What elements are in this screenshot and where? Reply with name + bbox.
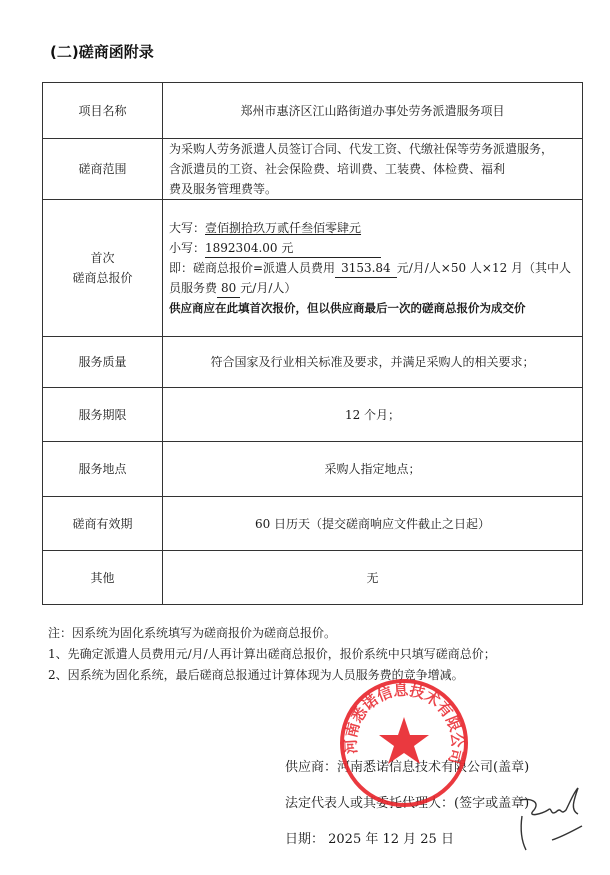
table-row: 磋商范围 为采购人劳务派遣人员签订合同、代发工资、代缴社保等劳务派遣服务， 含派…	[43, 139, 583, 200]
company-seal-icon: 河南悉诺信息技术有限公司	[338, 677, 470, 809]
project-name-value: 郑州市惠济区江山路街道办事处劳务派遣服务项目	[163, 83, 583, 139]
row-label: 磋商范围	[43, 139, 163, 200]
scope-line: 费及服务管理费等。	[169, 179, 578, 199]
row-label: 服务地点	[43, 442, 163, 497]
table-row: 服务期限 12 个月；	[43, 388, 583, 442]
service-location-value: 采购人指定地点；	[163, 442, 583, 497]
uppercase-value: 壹佰捌拾玖万贰仟叁佰零肆元	[205, 221, 361, 235]
service-fee-line: 员服务费80元/月/人）	[169, 278, 578, 298]
uppercase-amount: 大写：壹佰捌拾玖万贰仟叁佰零肆元	[169, 218, 578, 238]
page-title: (二)磋商函附录	[50, 41, 154, 62]
label-line: 首次	[43, 248, 162, 268]
label-line: 磋商总报价	[43, 268, 162, 288]
table-row: 服务地点 采购人指定地点；	[43, 442, 583, 497]
row-label: 服务期限	[43, 388, 163, 442]
row-label: 磋商有效期	[43, 497, 163, 551]
quote-value: 大写：壹佰捌拾玖万贰仟叁佰零肆元 小写：1892304.00 元 即：磋商总报价…	[163, 200, 583, 337]
quote-notice: 供应商应在此填首次报价，但以供应商最后一次的磋商总报价为成交价	[169, 298, 578, 318]
formula-suffix: 元/月/人×50 人×12 月（其中人	[397, 261, 571, 275]
table-row: 项目名称 郑州市惠济区江山路街道办事处劳务派遣服务项目	[43, 83, 583, 139]
service-suffix: 元/月/人）	[240, 281, 296, 295]
lowercase-label: 小写：	[169, 241, 205, 255]
note-line: 1、先确定派遣人员费用元/月/人再计算出磋商总报价，报价系统中只填写磋商总价；	[48, 644, 496, 665]
service-fee-value: 80	[217, 280, 240, 298]
service-period-value: 12 个月；	[163, 388, 583, 442]
row-label: 首次 磋商总报价	[43, 200, 163, 337]
table-row: 服务质量 符合国家及行业相关标准及要求，并满足采购人的相关要求；	[43, 337, 583, 388]
scope-line: 含派遣员的工资、社会保险费、培训费、工装费、体检费、福利	[169, 159, 578, 179]
scope-value: 为采购人劳务派遣人员签订合同、代发工资、代缴社保等劳务派遣服务， 含派遣员的工资…	[163, 139, 583, 200]
row-label: 服务质量	[43, 337, 163, 388]
handwritten-signature-icon	[512, 780, 587, 855]
uppercase-label: 大写：	[169, 221, 205, 235]
table-row: 首次 磋商总报价 大写：壹佰捌拾玖万贰仟叁佰零肆元 小写：1892304.00 …	[43, 200, 583, 337]
note-line: 注：因系统为固化系统填写为磋商报价为磋商总报价。	[48, 623, 496, 644]
scope-line: 为采购人劳务派遣人员签订合同、代发工资、代缴社保等劳务派遣服务，	[169, 139, 578, 159]
appendix-table: 项目名称 郑州市惠济区江山路街道办事处劳务派遣服务项目 磋商范围 为采购人劳务派…	[42, 82, 583, 605]
lowercase-amount: 小写：1892304.00 元	[169, 238, 578, 258]
validity-value: 60 日历天（提交磋商响应文件截止之日起）	[163, 497, 583, 551]
row-label: 其他	[43, 551, 163, 605]
lowercase-value: 1892304.00 元	[205, 240, 381, 258]
formula-prefix: 即：磋商总报价=派遣人员费用	[169, 261, 335, 275]
date-line: 日期： 2025 年 12 月 25 日	[285, 828, 454, 847]
service-prefix: 员服务费	[169, 281, 217, 295]
formula-line: 即：磋商总报价=派遣人员费用3153.84元/月/人×50 人×12 月（其中人	[169, 258, 578, 278]
table-row: 其他 无	[43, 551, 583, 605]
row-label: 项目名称	[43, 83, 163, 139]
other-value: 无	[163, 551, 583, 605]
monthly-fee-value: 3153.84	[335, 260, 397, 278]
table-row: 磋商有效期 60 日历天（提交磋商响应文件截止之日起）	[43, 497, 583, 551]
service-quality-value: 符合国家及行业相关标准及要求，并满足采购人的相关要求；	[163, 337, 583, 388]
